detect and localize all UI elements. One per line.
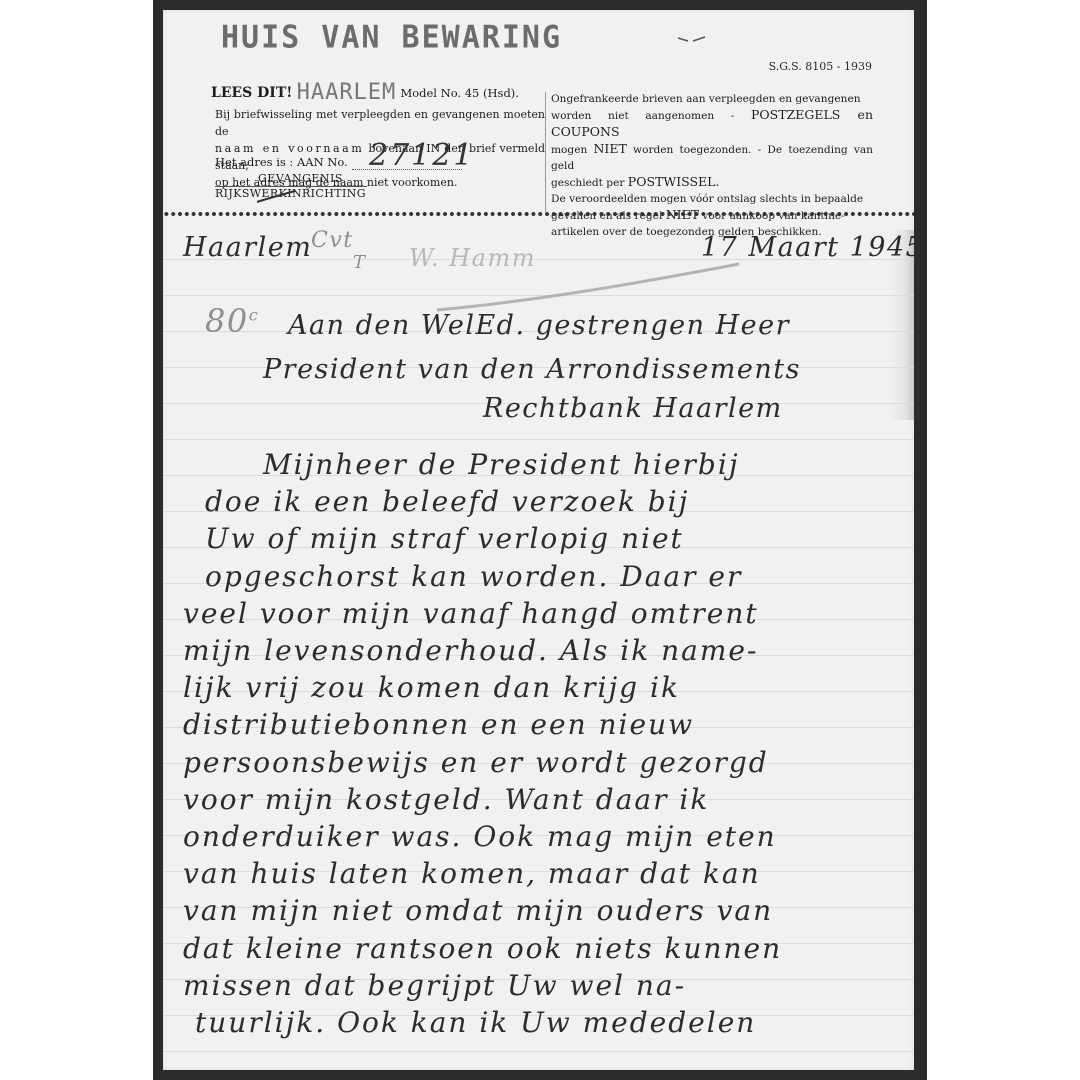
tick-mark-icon bbox=[676, 34, 708, 44]
letter-sheet: HUIS VAN BEWARING S.G.S. 8105 - 1939 LEE… bbox=[163, 10, 914, 1070]
header-column-divider bbox=[545, 92, 546, 212]
letter-body-line: lijk vrij zou komen dan krijg ik bbox=[183, 671, 680, 704]
institution-stamp-text: HUIS VAN BEWARING bbox=[221, 19, 562, 56]
city-stamp: HAARLEM bbox=[297, 80, 397, 105]
letter-body-line: Mijnheer de President hierbij bbox=[263, 448, 740, 481]
rule-emphasis: naam en voornaam bbox=[215, 142, 364, 155]
pencil-annotation: Cvt bbox=[311, 228, 354, 253]
rule-line: mogen NIET worden toegezonden. - De toez… bbox=[551, 141, 873, 174]
letter-body-line: onderduiker was. Ook mag mijn eten bbox=[183, 820, 777, 853]
letter-body-line: persoonsbewijs en er wordt gezorgd bbox=[183, 746, 769, 779]
letter-body-line: missen dat begrijpt Uw wel na- bbox=[183, 969, 686, 1002]
salutation-line: President van den Arrondissements bbox=[263, 354, 801, 385]
letter-body-line: tuurlijk. Ook kan ik Uw mededelen bbox=[195, 1006, 756, 1039]
institution-stamp: HUIS VAN BEWARING bbox=[221, 19, 562, 56]
correspondence-rules-right: Ongefrankeerde brieven aan verpleegden e… bbox=[551, 91, 873, 240]
letter-body-line: veel voor mijn vanaf hangd omtrent bbox=[183, 597, 759, 630]
salutation-line: Rechtbank Haarlem bbox=[483, 393, 783, 424]
letter-body-line: voor mijn kostgeld. Want daar ik bbox=[183, 783, 709, 816]
rule-line: geschiedt per POSTWISSEL. bbox=[551, 174, 873, 191]
margin-number: 80c bbox=[205, 302, 259, 340]
rule-line: Ongefrankeerde brieven aan verpleegden e… bbox=[551, 91, 873, 107]
rule-text: geschiedt per bbox=[551, 177, 624, 189]
rule-line: worden niet aangenomen - POSTZEGELS en C… bbox=[551, 107, 873, 141]
letter-body-line: van huis laten komen, maar dat kan bbox=[183, 857, 761, 890]
salutation-line: Aan den WelEd. gestrengen Heer bbox=[288, 310, 790, 341]
rule-emphasis: POSTWISSEL. bbox=[628, 174, 720, 189]
pencil-annotation: T bbox=[353, 252, 367, 273]
letter-body-line: van mijn niet omdat mijn ouders van bbox=[183, 894, 773, 927]
strike-through-mark-icon bbox=[255, 190, 297, 204]
rule-line: Bij briefwisseling met verpleegden en ge… bbox=[215, 106, 545, 140]
letter-body-line: Uw of mijn straf verlopig niet bbox=[205, 522, 684, 555]
rule-text: worden niet aangenomen - bbox=[551, 110, 734, 122]
pencil-stroke-mark-icon bbox=[433, 262, 743, 314]
address-label: Het adres is : AAN No. bbox=[215, 155, 348, 169]
institution-option-gevangenis: GEVANGENIS bbox=[258, 172, 343, 185]
letter-body-line: dat kleine rantsoen ook niets kunnen bbox=[183, 932, 782, 965]
lees-dit-label: LEES DIT! bbox=[211, 85, 292, 101]
perforation-line bbox=[163, 211, 914, 217]
letter-body-line: distributiebonnen en een nieuw bbox=[183, 708, 694, 741]
letter-body-line: doe ik een beleefd verzoek bij bbox=[205, 485, 689, 518]
rule-text: mogen bbox=[551, 144, 587, 156]
inmate-number: 27121 bbox=[369, 138, 474, 173]
letter-body-line: mijn levensonderhoud. Als ik name- bbox=[183, 634, 758, 667]
margin-number-value: 80 bbox=[205, 302, 249, 340]
letter-date: 17 Maart 1945 bbox=[701, 232, 924, 263]
letter-body-line: opgeschorst kan worden. Daar er bbox=[205, 560, 742, 593]
rule-line: De veroordeelden mogen vóór ontslag slec… bbox=[551, 191, 873, 207]
letter-place: Haarlem bbox=[183, 232, 312, 263]
rule-emphasis: NIET bbox=[593, 141, 626, 156]
form-code: S.G.S. 8105 - 1939 bbox=[769, 60, 872, 73]
margin-number-superscript: c bbox=[249, 305, 259, 324]
lees-dit-row: LEES DIT! HAARLEM Model No. 45 (Hsd). bbox=[211, 78, 519, 103]
model-label: Model No. 45 (Hsd). bbox=[400, 86, 519, 100]
